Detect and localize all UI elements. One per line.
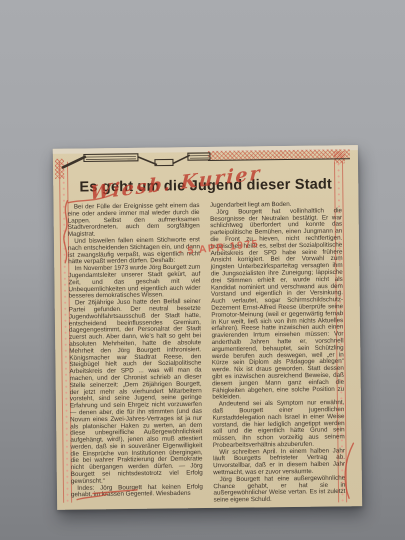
article-column-right: Jugendarbeit liegt am Boden. Jörg Bourge… [210,200,346,503]
article-column-left: Bei der Fülle der Ereignisse geht einem … [67,202,203,505]
paragraph: Indes: Jörg Bourgett hat keinen Erfolg g… [71,483,203,498]
newspaper-clipping: Es geht um die Jugend dieser Stadt Bei d… [53,145,362,510]
paragraph: Im November 1973 wurde Jörg Bourgett zum… [68,264,200,300]
paragraph: Und bisweilen fallen einem Stichworte er… [68,236,200,265]
paragraph: Der 26jährige Juso hatte den Beifall sei… [69,298,203,485]
paragraph: Wir schreiben April. In einem halben Jah… [213,447,345,476]
paragraph: Andeutend sei als Symptom nur erwähnt, d… [212,399,345,449]
decorative-hatch-band [208,149,350,161]
paragraph: Jörg Bourgett hat vollinhaltlich die Bes… [210,207,344,401]
article-headline: Es geht um die Jugend dieser Stadt [63,176,348,195]
article-body: Bei der Fülle der Ereignisse geht einem … [67,200,345,505]
masthead-ornament [59,147,211,173]
paragraph: Jörg Bourgett hat eine außergewöhnliche … [213,475,345,504]
paragraph: Bei der Fülle der Ereignisse geht einem … [67,202,199,238]
photo-background: Es geht um die Jugend dieser Stadt Bei d… [0,0,405,540]
